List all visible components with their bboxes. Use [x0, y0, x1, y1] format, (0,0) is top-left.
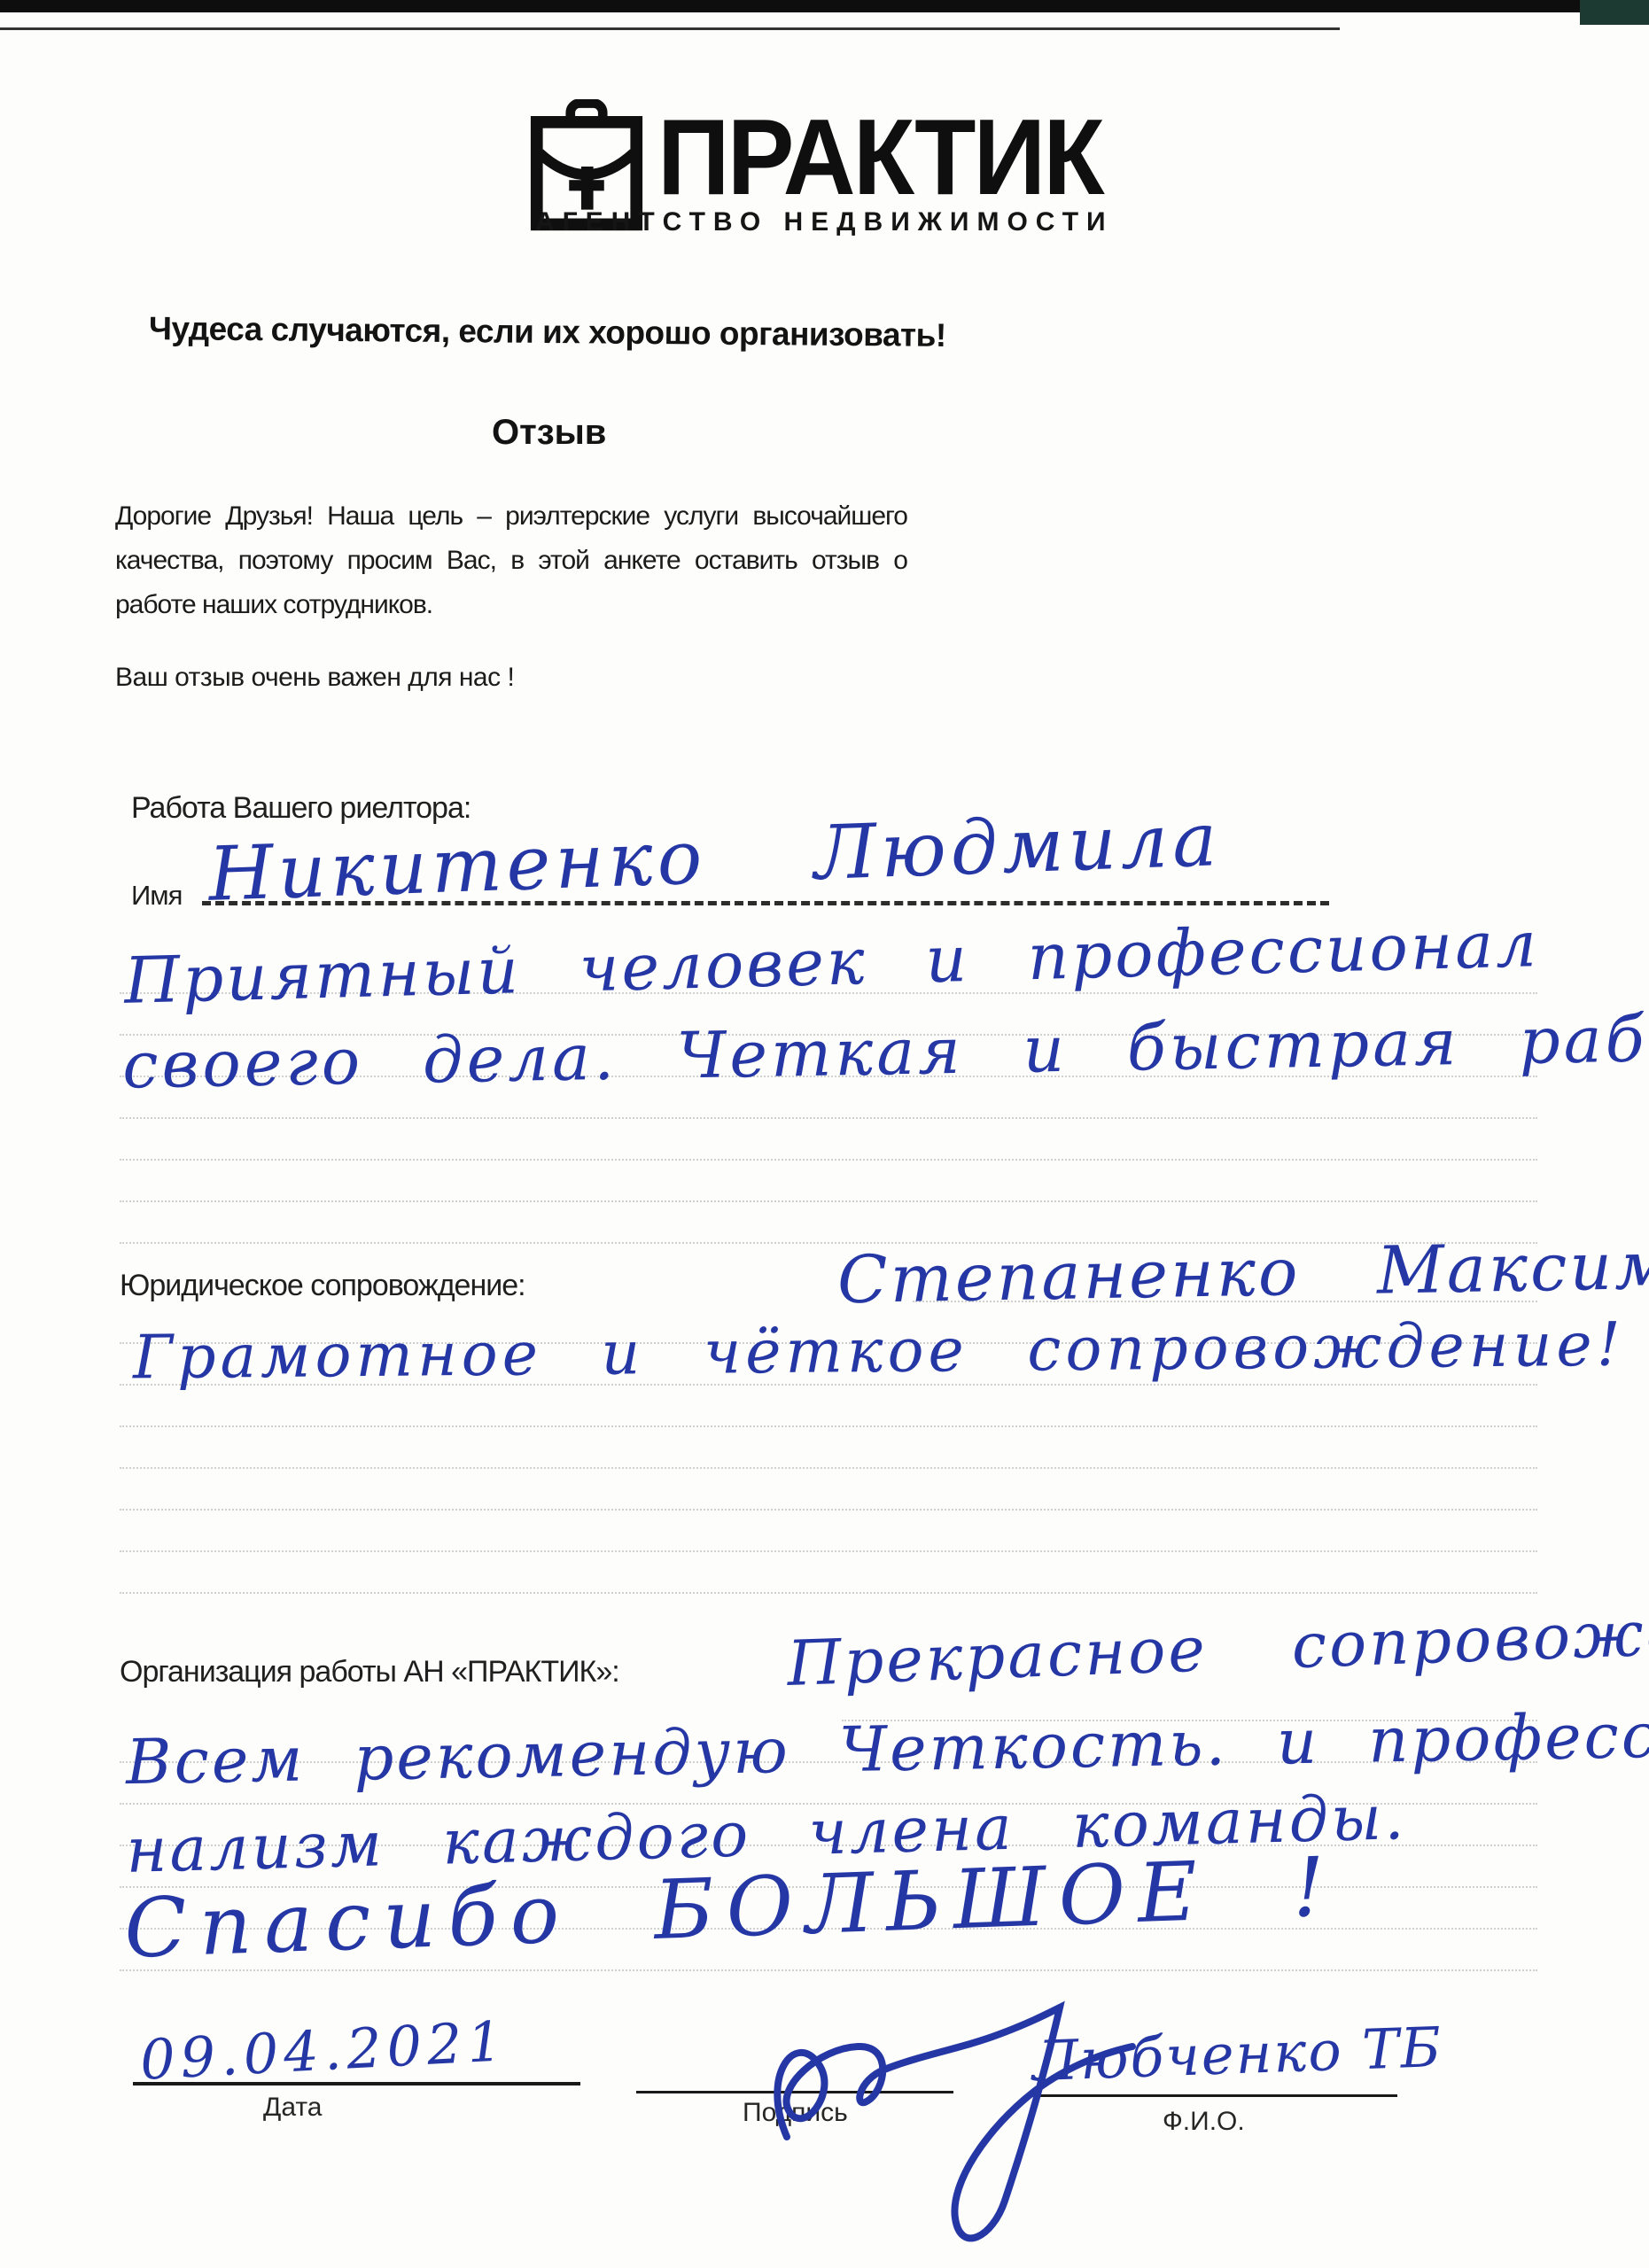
notebook-rule-line — [120, 1509, 1537, 1511]
org-section-label: Организация работы АН «ПРАКТИК»: — [120, 1655, 619, 1689]
notebook-rule-line — [120, 1467, 1537, 1469]
handwritten-legal-review-line: Грамотное и чёткое сопровождение! — [133, 1316, 1625, 1389]
handwritten-lawyer-name: Степаненко Максим — [836, 1233, 1649, 1313]
handwritten-org-review-line-1: Всем рекомендую Четкость. и профессио- — [126, 1703, 1649, 1793]
scanned-feedback-form: ПРАКТИК АГЕНТСТВО НЕДВИЖИМОСТИ Чудеса сл… — [0, 0, 1649, 2268]
scan-top-corner-mark — [1580, 0, 1649, 25]
legal-section-label: Юридическое сопровождение: — [120, 1269, 525, 1303]
handwritten-org-review-inline: Прекрасное сопровождение — [786, 1596, 1649, 1695]
handwritten-date-value: 09.04.2021 — [139, 2014, 509, 2088]
notebook-rule-line — [120, 1592, 1537, 1594]
scan-artifact-line — [0, 27, 1340, 30]
handwritten-fio-value: Любченко ТБ — [1031, 2020, 1443, 2089]
notebook-rule-line — [120, 1425, 1537, 1427]
agency-brand-name: ПРАКТИК — [657, 103, 1102, 211]
notebook-rule-line — [120, 1200, 1537, 1202]
notebook-rule-line — [120, 1969, 1537, 1971]
date-label: Дата — [263, 2093, 322, 2123]
realtor-section-label: Работа Вашего риелтора: — [131, 791, 471, 826]
scan-top-bar — [0, 0, 1649, 12]
agency-brand-subtitle: АГЕНТСТВО НЕДВИЖИМОСТИ — [535, 207, 1114, 237]
notebook-rule-line — [120, 1117, 1537, 1119]
fio-label: Ф.И.О. — [1163, 2107, 1245, 2137]
importance-note: Ваш отзыв очень важен для нас ! — [115, 663, 514, 693]
handwritten-realtor-review-line-2: своего дела. Четкая и быстрая работа — [122, 1005, 1649, 1098]
intro-paragraph: Дорогие Друзья! Наша цель – риэлтерские … — [115, 494, 907, 627]
notebook-rule-line — [120, 1159, 1537, 1161]
notebook-rule-line — [120, 1550, 1537, 1552]
name-field-label: Имя — [131, 880, 182, 912]
handwritten-realtor-review-line-1: Приятный человек и профессионал — [123, 912, 1539, 1013]
agency-slogan: Чудеса случаются, если их хорошо организ… — [149, 310, 946, 354]
form-title: Отзыв — [492, 413, 606, 453]
